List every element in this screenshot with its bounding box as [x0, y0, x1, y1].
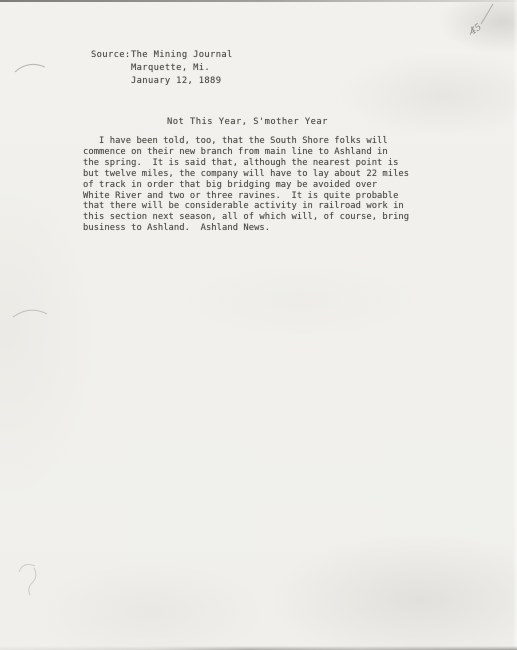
article-title: Not This Year, S'mother Year [167, 117, 328, 128]
scanned-document-page: 45 Source: The Mining Journal Marquette,… [0, 0, 517, 650]
article-body: I have been told, too, that the South Sh… [83, 136, 409, 234]
source-label: Source: [91, 49, 131, 62]
scan-bottom-edge-artifact [0, 646, 517, 650]
scan-right-edge-artifact [513, 0, 517, 650]
source-citation: The Mining Journal Marquette, Mi. Januar… [131, 49, 233, 88]
handwritten-number: 45 [467, 22, 484, 39]
binder-arc-top-left-mark [15, 64, 45, 72]
pencil-tail-stroke [470, 26, 474, 35]
scan-top-edge-artifact [0, 0, 517, 2]
binder-hook-bottom-left-mark [19, 564, 36, 595]
handwritten-pencil-mark: 45 [467, 4, 493, 38]
pencil-flourish-stroke [481, 4, 493, 24]
scan-artifacts-overlay: 45 [0, 0, 517, 650]
binder-arc-middle-left-mark [13, 310, 47, 317]
